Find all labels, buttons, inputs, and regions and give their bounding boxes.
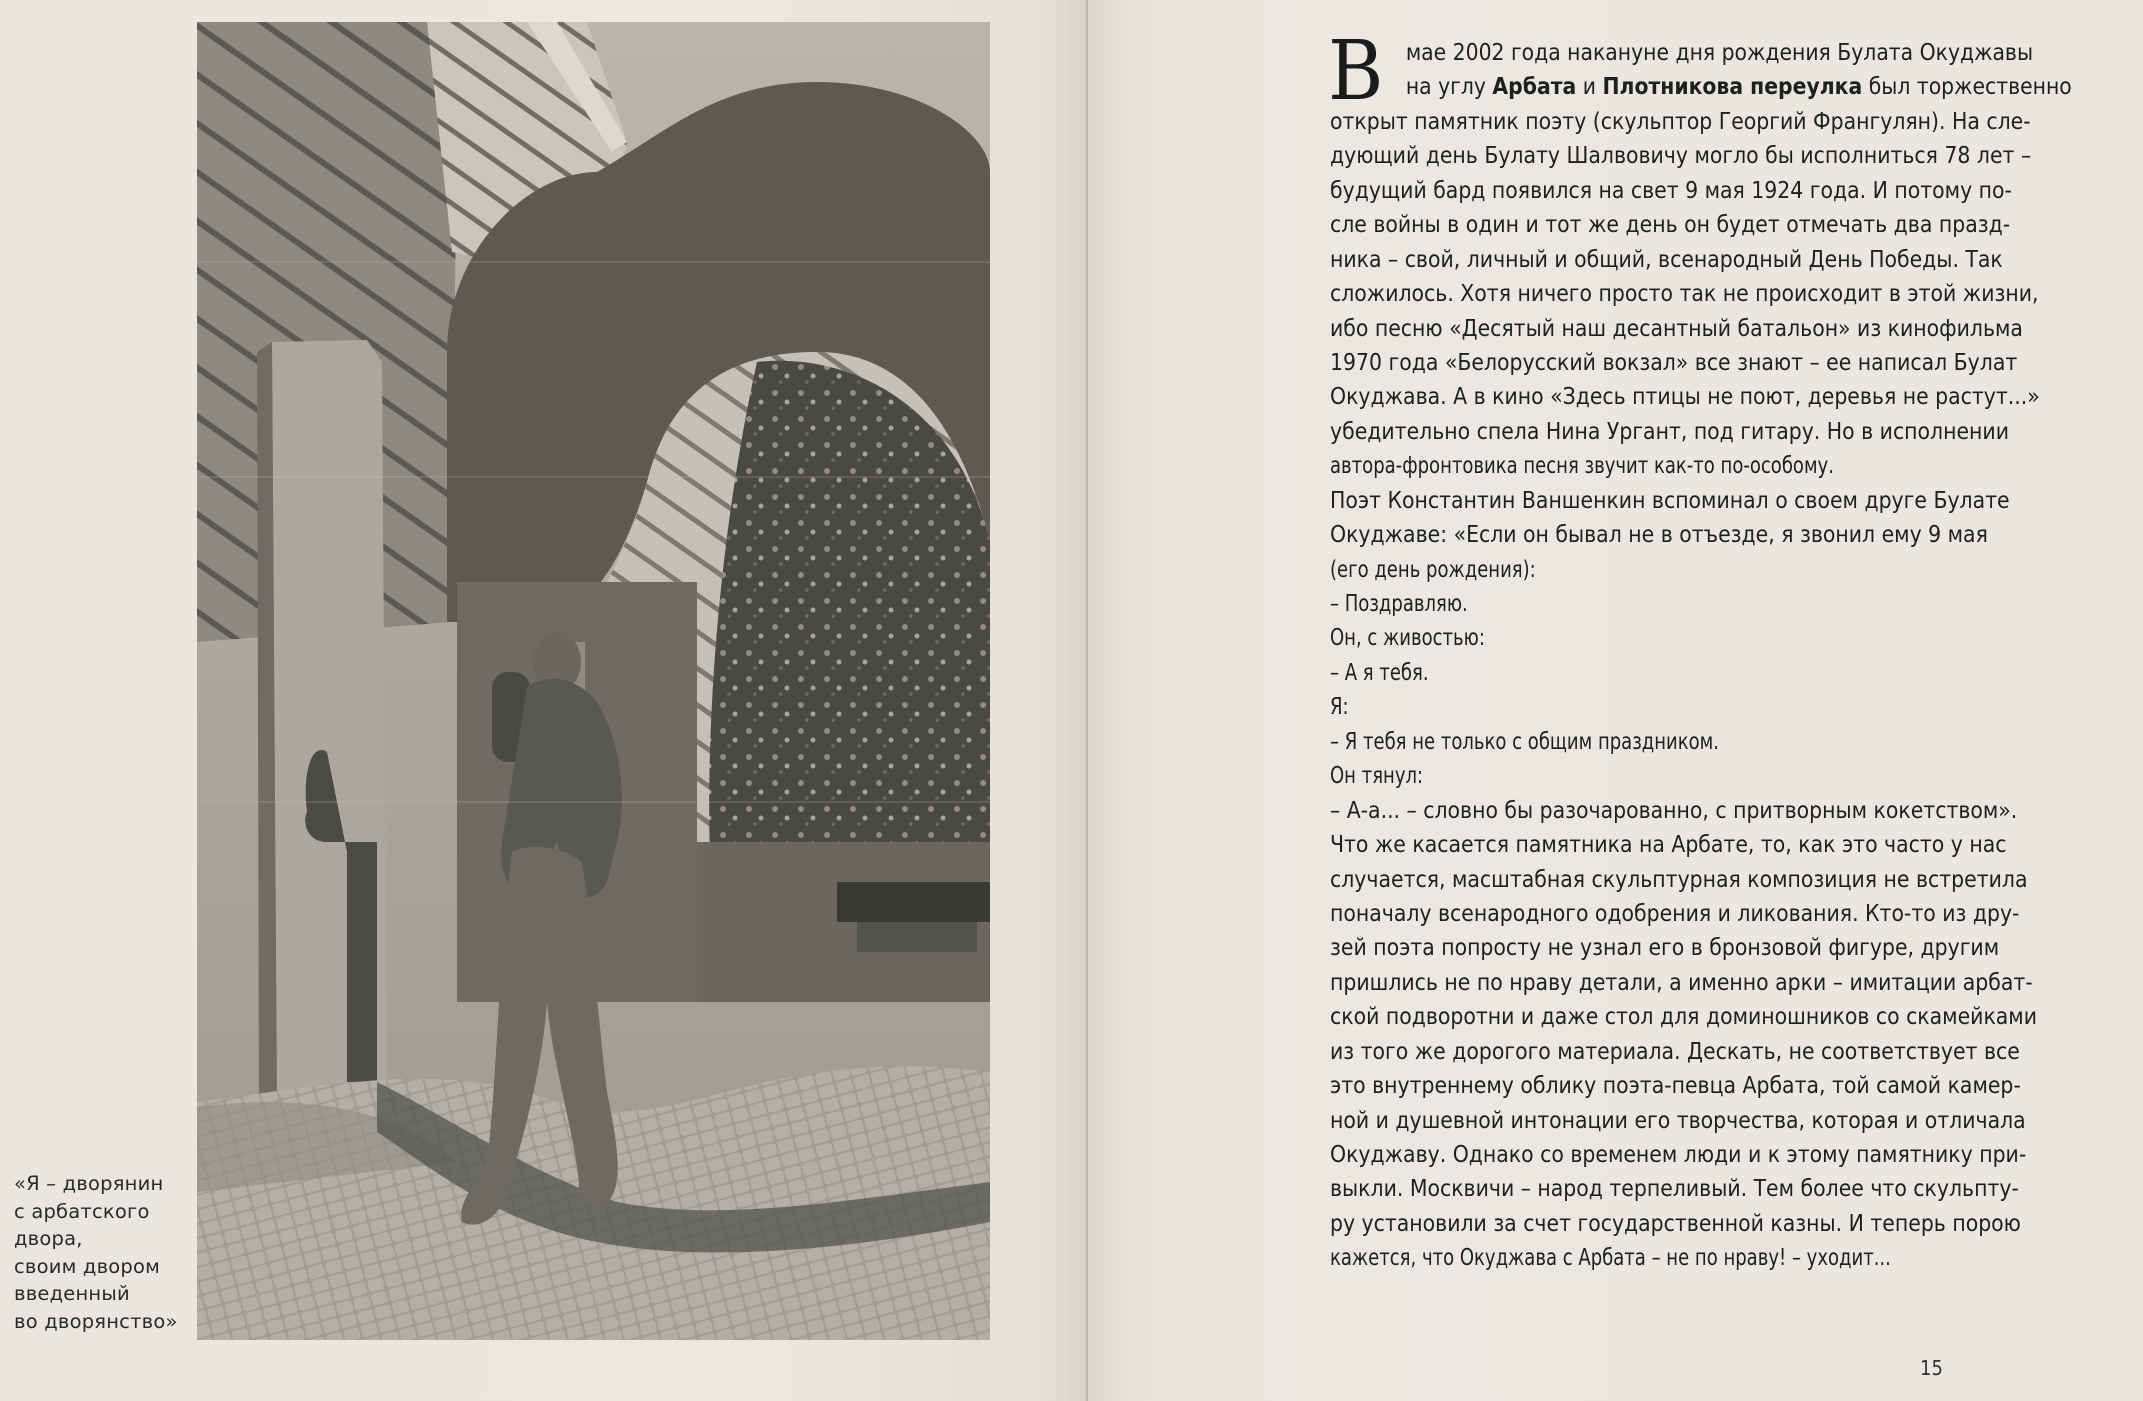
text-line: убедительно спела Нина Ургант, под гитар…	[1330, 415, 2100, 449]
book-spread: «Я – дворянин с арбатского двора, своим …	[0, 0, 2143, 1401]
text-run: Окуджаве: «Если он бывал не в отъезде, я…	[1330, 521, 1988, 548]
text-run: сложилось. Хотя ничего просто так не про…	[1330, 280, 2038, 307]
left-page: «Я – дворянин с арбатского двора, своим …	[0, 0, 1088, 1401]
text-run: ибо песню «Десятый наш десантный батальо…	[1330, 315, 2023, 342]
text-run: ника – свой, личный и общий, всенародный…	[1330, 246, 2003, 273]
text-line: Он тянул:	[1330, 759, 2009, 793]
text-run: и	[1576, 73, 1602, 100]
caption-line: с арбатского	[14, 1198, 194, 1226]
text-line: ника – свой, личный и общий, всенародный…	[1330, 243, 2100, 277]
text-run: был торжественно	[1862, 73, 2071, 100]
text-line: ру установили за счет государственной ка…	[1330, 1207, 2100, 1241]
text-run: Поэт Константин Ваншенкин вспоминал о св…	[1330, 487, 2010, 514]
text-line: Он, с живостью:	[1330, 621, 2009, 655]
text-run: Он, с живостью:	[1330, 624, 1485, 651]
text-line: ской подворотни и даже стол для доминошн…	[1330, 1000, 2100, 1034]
caption-line: двора,	[14, 1225, 194, 1253]
article-body: мае 2002 года накануне дня рождения Була…	[1330, 36, 2120, 1276]
text-run: – Поздравляю.	[1330, 590, 1468, 617]
caption-line: во дворянство»	[14, 1308, 194, 1336]
text-line: кажется, что Окуджава с Арбата – не по н…	[1330, 1241, 2009, 1275]
text-run: ной и душевной интонации его творчества,…	[1330, 1107, 2026, 1134]
text-run: выкли. Москвичи – народ терпеливый. Тем …	[1330, 1175, 2019, 1202]
text-run: Он тянул:	[1330, 762, 1423, 789]
text-run: кажется, что Окуджава с Арбата – не по н…	[1330, 1244, 1891, 1271]
text-line: Я:	[1330, 690, 2009, 724]
text-line: случается, масштабная скульптурная компо…	[1330, 863, 2100, 897]
text-run: из того же дорогого материала. Дескать, …	[1330, 1038, 2020, 1065]
text-line: сле войны в один и тот же день он будет …	[1330, 208, 2100, 242]
text-line: из того же дорогого материала. Дескать, …	[1330, 1035, 2100, 1069]
caption-line: своим двором	[14, 1253, 194, 1281]
text-run: Что же касается памятника на Арбате, то,…	[1330, 831, 2006, 858]
text-run: – А я тебя.	[1330, 659, 1429, 686]
text-line: Поэт Константин Ваншенкин вспоминал о св…	[1330, 484, 2100, 518]
text-line: – Поздравляю.	[1330, 587, 2009, 621]
text-line: Что же касается памятника на Арбате, то,…	[1330, 828, 2100, 862]
text-line: поначалу всенародного одобрения и ликова…	[1330, 897, 2100, 931]
text-run: это внутреннему облику поэта-певца Арбат…	[1330, 1072, 2021, 1099]
text-line: автора-фронтовика песня звучит как-то по…	[1330, 449, 2009, 483]
text-line: – А я тебя.	[1330, 656, 2009, 690]
text-run: 1970 года «Белорусский вокзал» все знают…	[1330, 349, 2017, 376]
text-run: Я:	[1330, 693, 1349, 720]
text-line: (его день рождения):	[1330, 553, 2009, 587]
page-number: 15	[1920, 1356, 1943, 1380]
text-run: случается, масштабная скульптурная компо…	[1330, 866, 2027, 893]
text-line: это внутреннему облику поэта-певца Арбат…	[1330, 1069, 2100, 1103]
text-line: 1970 года «Белорусский вокзал» все знают…	[1330, 346, 2100, 380]
text-run: – А-а... – словно бы разочарованно, с пр…	[1330, 797, 2017, 824]
text-run: убедительно спела Нина Ургант, под гитар…	[1330, 418, 2009, 445]
monument-photo	[197, 22, 990, 1340]
text-line: зей поэта попросту не узнал его в бронзо…	[1330, 931, 2100, 965]
text-run: (его день рождения):	[1330, 556, 1536, 583]
text-line: Окуджаве: «Если он бывал не в отъезде, я…	[1330, 518, 2100, 552]
text-line: открыт памятник поэту (скульптор Георгий…	[1330, 105, 2100, 139]
text-run: поначалу всенародного одобрения и ликова…	[1330, 900, 2019, 927]
bold-place-name: Плотникова переулка	[1602, 73, 1862, 100]
text-run: будущий бард появился на свет 9 мая 1924…	[1330, 177, 2012, 204]
text-run: сле войны в один и тот же день он будет …	[1330, 211, 2010, 238]
text-line: дующий день Булату Шалвовичу могло бы ис…	[1330, 139, 2100, 173]
text-run: Окуджаву. Однако со временем люди и к эт…	[1330, 1141, 2026, 1168]
text-run: зей поэта попросту не узнал его в бронзо…	[1330, 934, 1999, 961]
text-run: на углу	[1406, 73, 1493, 100]
text-line: ной и душевной интонации его творчества,…	[1330, 1104, 2100, 1138]
text-run: ской подворотни и даже стол для доминошн…	[1330, 1003, 2037, 1030]
text-line: – Я тебя не только с общим праздником.	[1330, 725, 2009, 759]
text-line: на углу Арбата и Плотникова переулка был…	[1330, 70, 2098, 104]
text-line: ибо песню «Десятый наш десантный батальо…	[1330, 312, 2100, 346]
caption-line: «Я – дворянин	[14, 1170, 194, 1198]
text-run: открыт памятник поэту (скульптор Георгий…	[1330, 108, 2031, 135]
text-run: мае 2002 года накануне дня рождения Була…	[1406, 39, 2033, 66]
text-run: – Я тебя не только с общим праздником.	[1330, 728, 1719, 755]
text-line: будущий бард появился на свет 9 мая 1924…	[1330, 174, 2100, 208]
text-line: сложилось. Хотя ничего просто так не про…	[1330, 277, 2100, 311]
text-run: Окуджава. А в кино «Здесь птицы не поют,…	[1330, 383, 2040, 410]
text-line: мае 2002 года накануне дня рождения Була…	[1330, 36, 2098, 70]
text-run: автора-фронтовика песня звучит как-то по…	[1330, 452, 1834, 479]
text-line: выкли. Москвичи – народ терпеливый. Тем …	[1330, 1172, 2100, 1206]
caption-line: введенный	[14, 1280, 194, 1308]
text-line: – А-а... – словно бы разочарованно, с пр…	[1330, 794, 2100, 828]
text-line: Окуджава. А в кино «Здесь птицы не поют,…	[1330, 380, 2100, 414]
text-run: ру установили за счет государственной ка…	[1330, 1210, 2021, 1237]
text-run: дующий день Булату Шалвовичу могло бы ис…	[1330, 142, 2031, 169]
text-line: пришлись не по нраву детали, а именно ар…	[1330, 966, 2100, 1000]
photo-caption: «Я – дворянин с арбатского двора, своим …	[14, 1170, 194, 1336]
text-line: Окуджаву. Однако со временем люди и к эт…	[1330, 1138, 2100, 1172]
text-run: пришлись не по нраву детали, а именно ар…	[1330, 969, 2033, 996]
bold-place-name: Арбата	[1492, 73, 1576, 100]
